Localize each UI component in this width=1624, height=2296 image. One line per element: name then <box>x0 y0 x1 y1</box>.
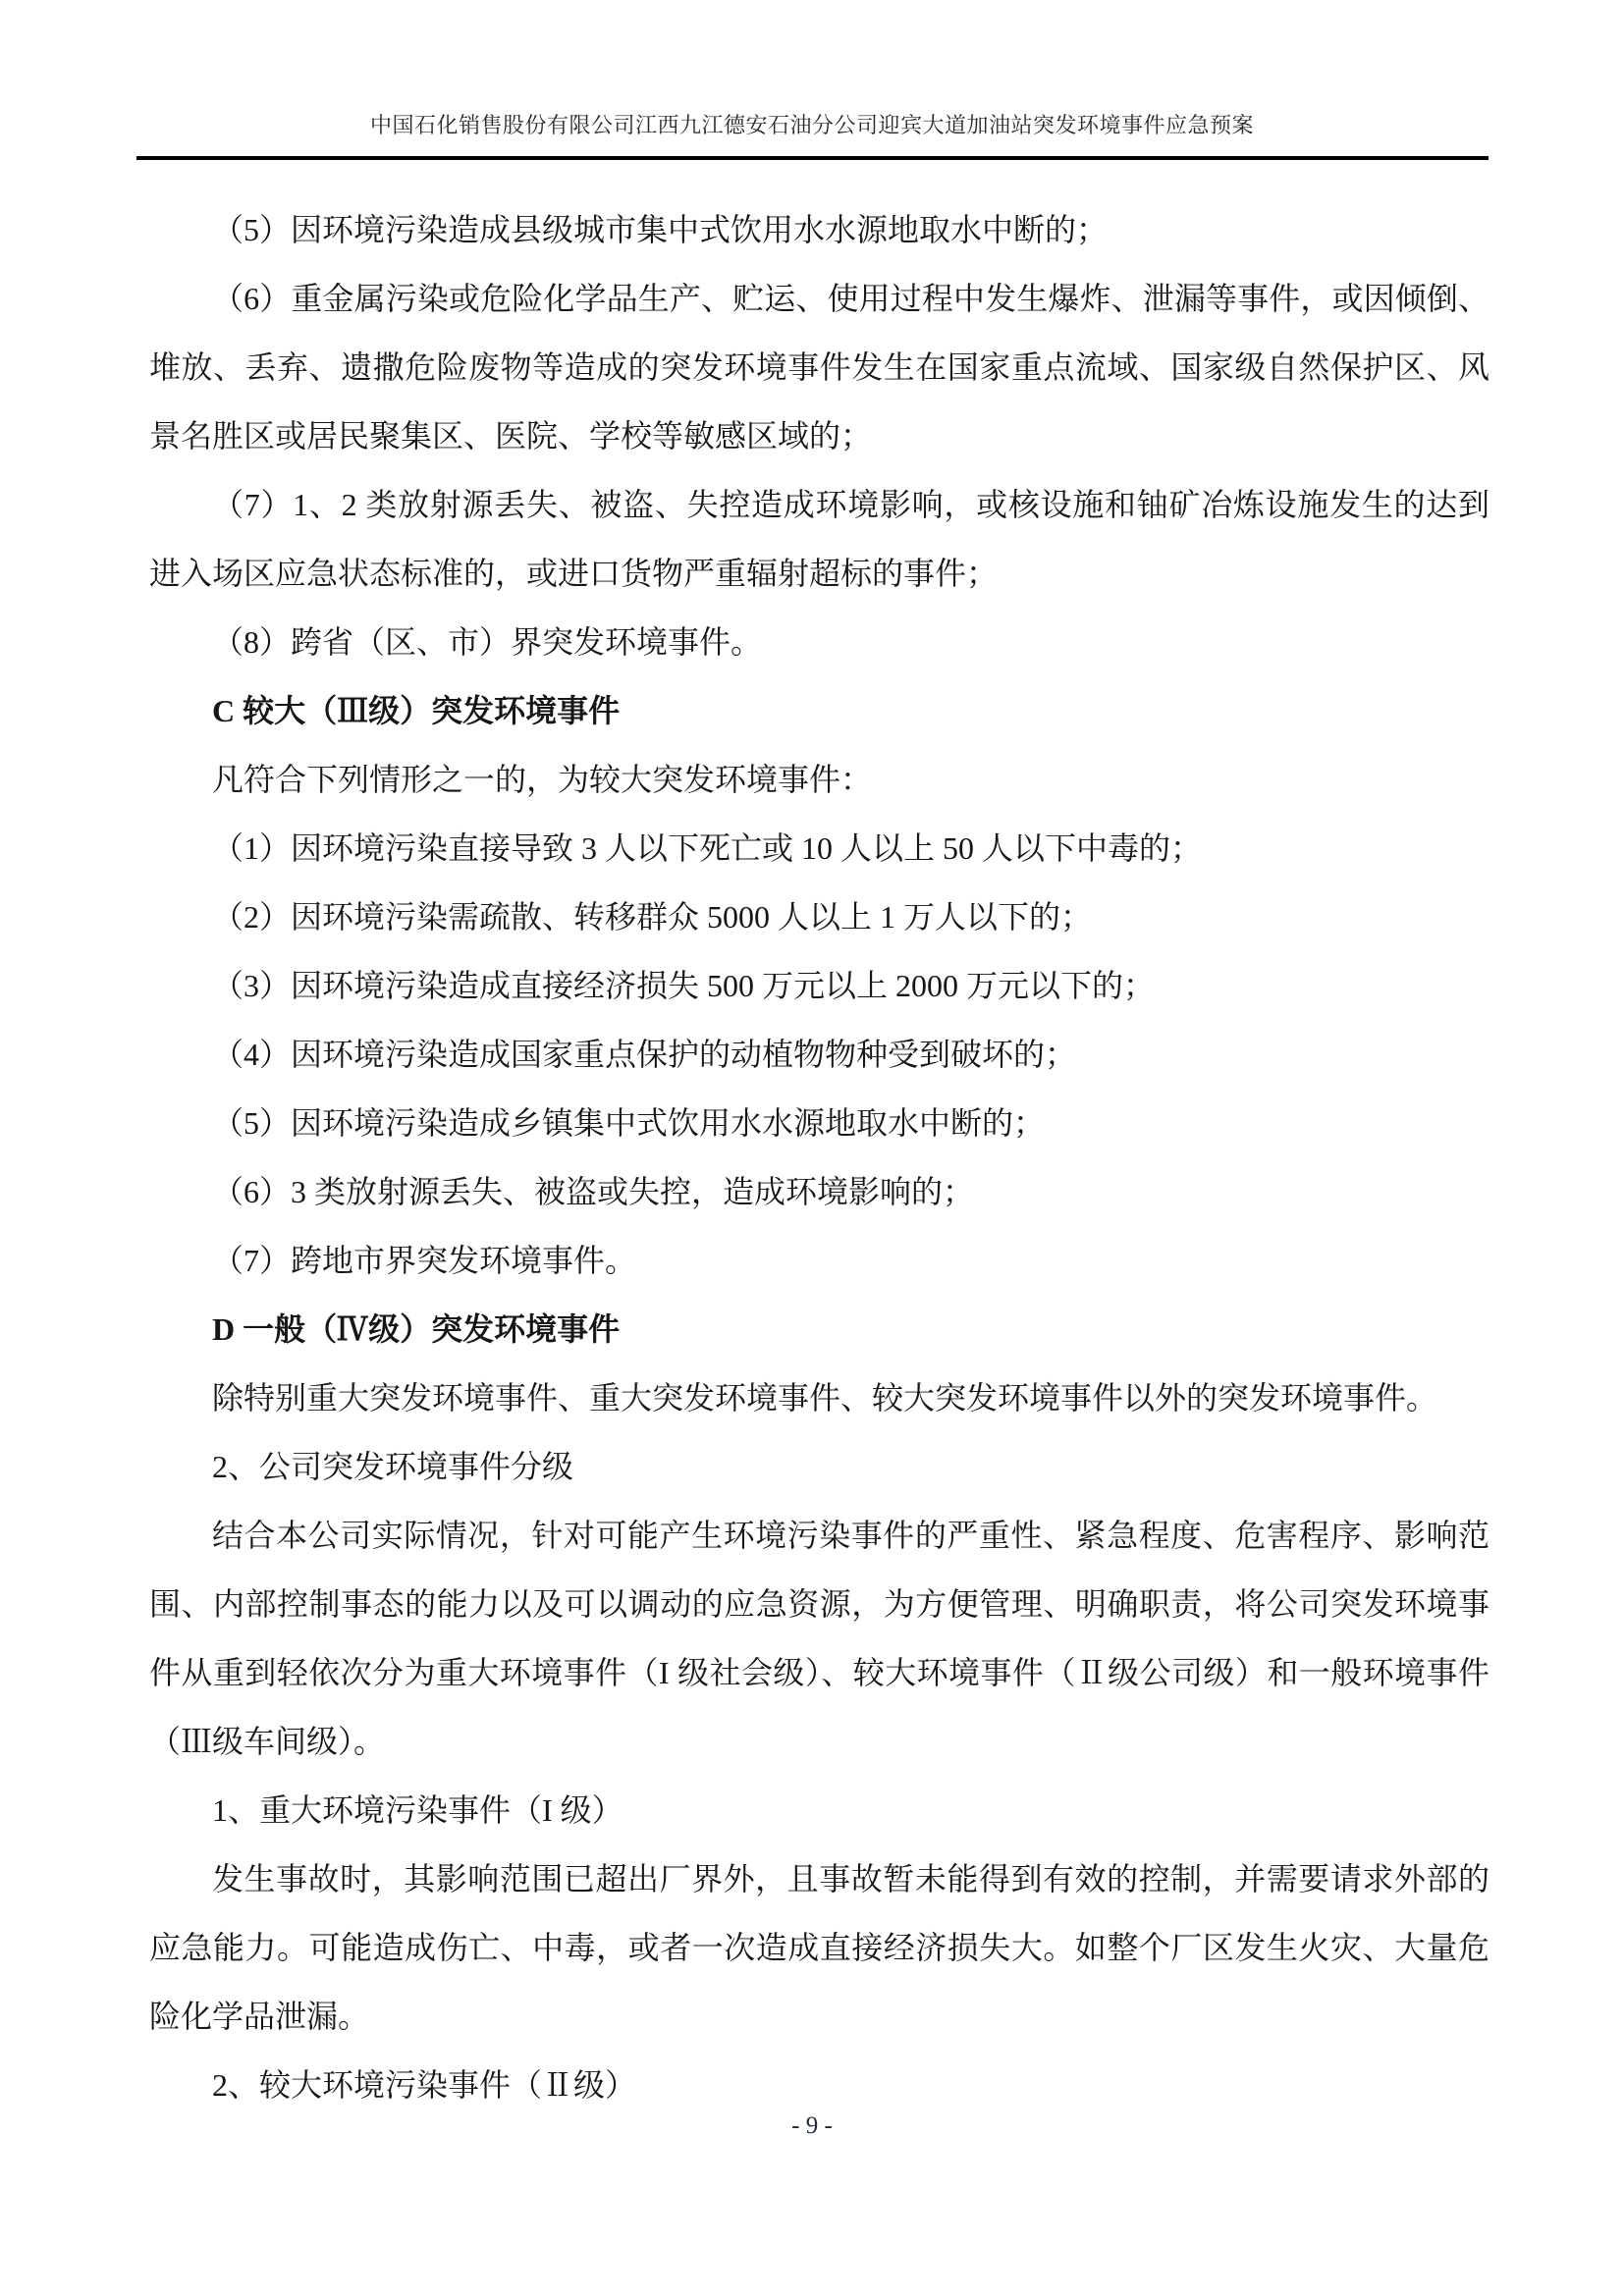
page-footer: - 9 - <box>0 2109 1624 2144</box>
body-paragraph: （5）因环境污染造成乡镇集中式饮用水水源地取水中断的； <box>149 1089 1489 1157</box>
page-header: 中国石化销售股份有限公司江西九江德安石油分公司迎宾大道加油站突发环境事件应急预案 <box>0 0 1624 160</box>
body-paragraph: （7）跨地市界突发环境事件。 <box>149 1226 1489 1295</box>
body-paragraph: 凡符合下列情形之一的，为较大突发环境事件： <box>149 745 1489 814</box>
body-paragraph: （2）因环境污染需疏散、转移群众 5000 人以上 1 万人以下的； <box>149 882 1489 951</box>
body-paragraph: （4）因环境污染造成国家重点保护的动植物物种受到破坏的； <box>149 1020 1489 1089</box>
body-paragraph: 2、公司突发环境事件分级 <box>149 1432 1489 1501</box>
body-paragraph: （6）3 类放射源丢失、被盗或失控，造成环境影响的； <box>149 1157 1489 1226</box>
body-paragraph: （6）重金属污染或危险化学品生产、贮运、使用过程中发生爆炸、泄漏等事件，或因倾倒… <box>149 264 1489 470</box>
section-heading: C 较大（Ⅲ级）突发环境事件 <box>149 676 1489 745</box>
header-rule <box>136 156 1489 160</box>
document-page: 中国石化销售股份有限公司江西九江德安石油分公司迎宾大道加油站突发环境事件应急预案… <box>0 0 1624 2296</box>
body-paragraph: （1）因环境污染直接导致 3 人以下死亡或 10 人以上 50 人以下中毒的； <box>149 814 1489 882</box>
document-body: （5）因环境污染造成县级城市集中式饮用水水源地取水中断的；（6）重金属污染或危险… <box>149 195 1489 2119</box>
body-paragraph: （7）1、2 类放射源丢失、被盗、失控造成环境影响，或核设施和铀矿冶炼设施发生的… <box>149 470 1489 608</box>
body-paragraph: （5）因环境污染造成县级城市集中式饮用水水源地取水中断的； <box>149 195 1489 264</box>
page-number: - 9 - <box>791 2112 833 2139</box>
body-paragraph: （8）跨省（区、市）界突发环境事件。 <box>149 608 1489 676</box>
body-paragraph: （3）因环境污染造成直接经济损失 500 万元以上 2000 万元以下的； <box>149 951 1489 1020</box>
header-title: 中国石化销售股份有限公司江西九江德安石油分公司迎宾大道加油站突发环境事件应急预案 <box>0 110 1624 141</box>
section-heading: D 一般（Ⅳ级）突发环境事件 <box>149 1295 1489 1363</box>
body-paragraph: 发生事故时，其影响范围已超出厂界外，且事故暂未能得到有效的控制，并需要请求外部的… <box>149 1844 1489 2051</box>
body-paragraph: 1、重大环境污染事件（I 级） <box>149 1776 1489 1844</box>
body-paragraph: 结合本公司实际情况，针对可能产生环境污染事件的严重性、紧急程度、危害程序、影响范… <box>149 1501 1489 1776</box>
body-paragraph: 除特别重大突发环境事件、重大突发环境事件、较大突发环境事件以外的突发环境事件。 <box>149 1363 1489 1432</box>
